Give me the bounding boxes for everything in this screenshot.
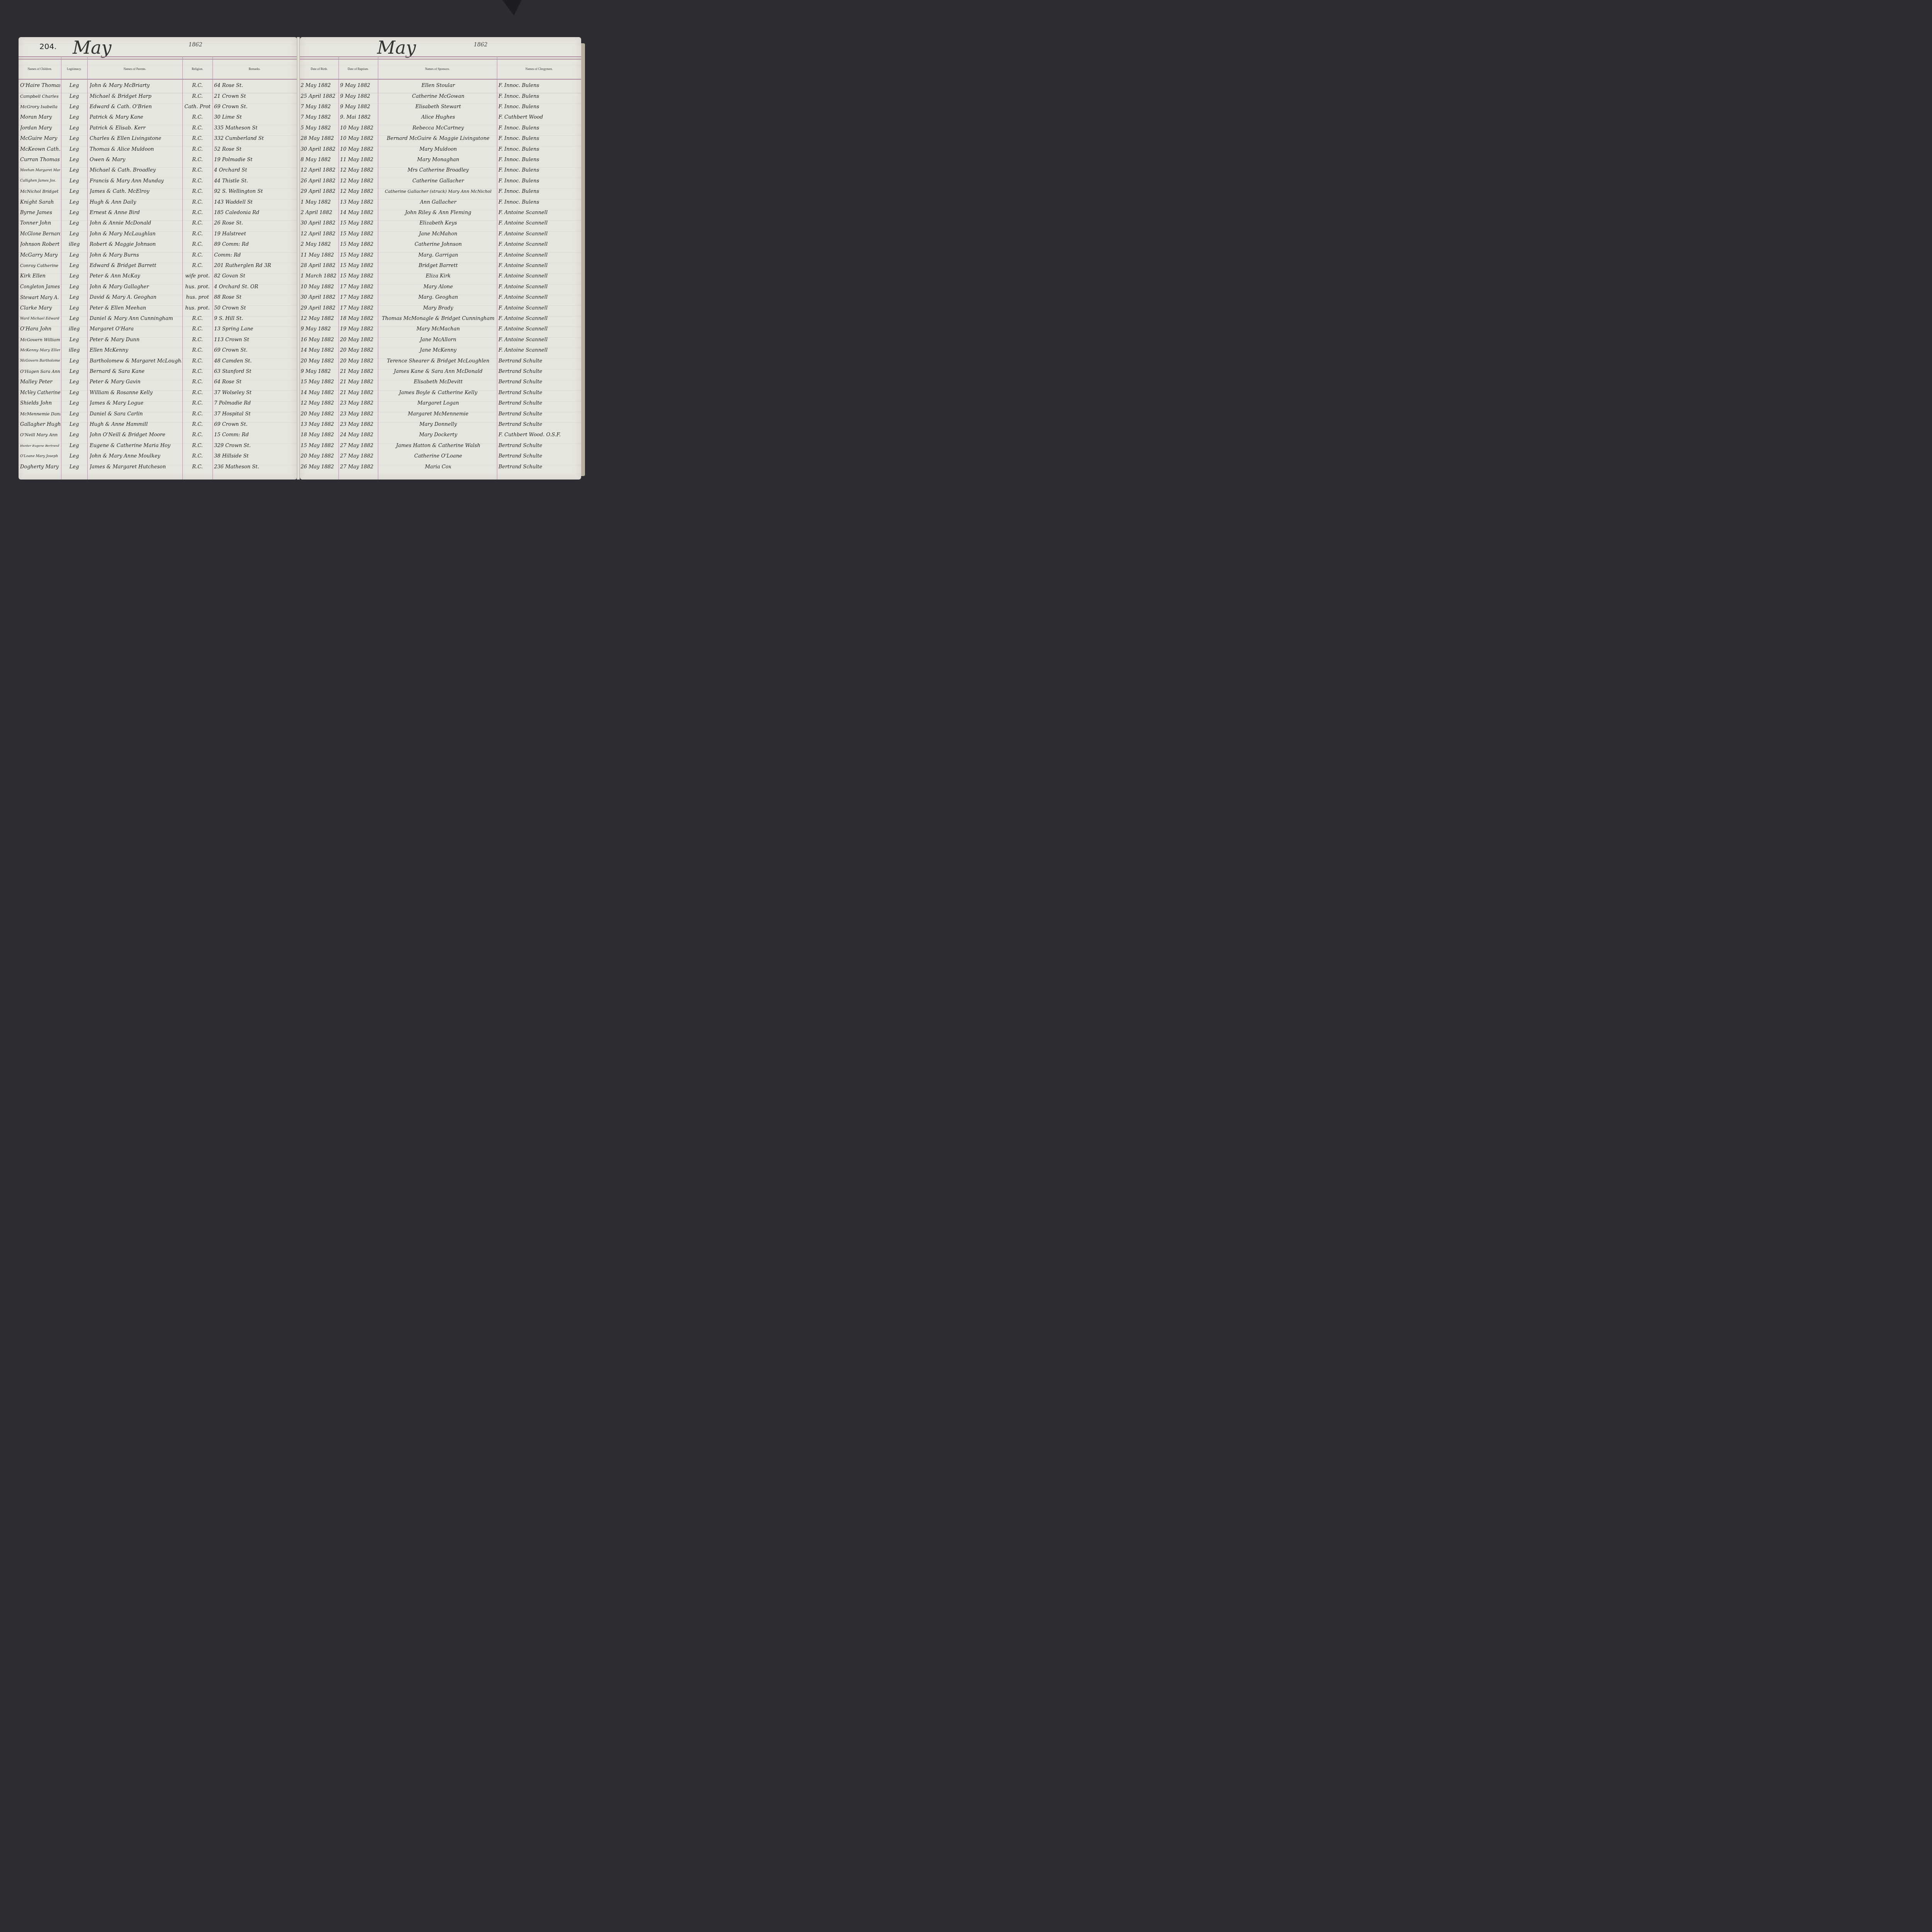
legitimacy: Leg [62, 430, 87, 440]
table-row: 28 April 188215 May 1882Bridget BarrettF… [300, 260, 581, 271]
clergyman-name: F. Innoc. Bulens [498, 123, 580, 134]
table-row: O'Hagen Sara AnnLegBernard & Sara KaneR.… [19, 366, 297, 377]
table-row: 8 May 188211 May 1882Mary MonaghanF. Inn… [300, 155, 581, 165]
table-row: Dogherty MaryLegJames & Margaret Hutches… [19, 461, 297, 472]
sponsors-names: Terence Shearer & Bridget McLoughlen [380, 355, 496, 366]
date-of-baptism: 15 May 1882 [340, 250, 377, 260]
sponsors-names: Bernard McGuire & Maggie Livingstone [380, 133, 496, 144]
date-of-birth: 25 April 1882 [301, 91, 338, 102]
legitimacy: Leg [62, 440, 87, 451]
religion: R.C. [183, 335, 212, 345]
date-of-birth: 12 April 1882 [301, 229, 338, 240]
table-row: Shields JohnLegJames & Mary LogueR.C.7 P… [19, 398, 297, 409]
child-name: McNichol Bridget [20, 186, 60, 197]
sponsors-names: Marg. Garrigan [380, 250, 496, 260]
date-of-birth: 11 May 1882 [301, 250, 338, 260]
date-of-baptism: 10 May 1882 [340, 133, 377, 144]
date-of-baptism: 11 May 1882 [340, 155, 377, 165]
parents-names: Robert & Maggie Johnson [90, 239, 182, 250]
left-year-heading: 1862 [189, 42, 202, 48]
date-of-baptism: 23 May 1882 [340, 398, 377, 409]
legitimacy: Leg [62, 292, 87, 303]
religion: R.C. [183, 451, 212, 462]
child-name: O'Haire Thomas [20, 80, 60, 91]
clergyman-name: F. Innoc. Bulens [498, 186, 580, 197]
remarks: 329 Crown St. [214, 440, 296, 451]
table-row: O'Loane Mary JosephLegJohn & Mary Anne M… [19, 451, 297, 462]
date-of-birth: 14 May 1882 [301, 388, 338, 398]
sponsors-names: John Riley & Ann Fleming [380, 207, 496, 218]
date-of-birth: 29 April 1882 [301, 303, 338, 313]
date-of-birth: 15 May 1882 [301, 377, 338, 388]
religion: R.C. [183, 133, 212, 144]
table-row: 15 May 188227 May 1882James Hatton & Cat… [300, 440, 581, 451]
legitimacy: Leg [62, 419, 87, 430]
date-of-birth: 8 May 1882 [301, 155, 338, 165]
sponsors-names: Mary Donnelly [380, 419, 496, 430]
table-row: 12 May 188223 May 1882Margaret LoganBert… [300, 398, 581, 409]
remarks: 4 Orchard St. OR [214, 282, 296, 293]
date-of-birth: 29 April 1882 [301, 186, 338, 197]
clergyman-name: F. Cuthbert Wood. O.S.F. [498, 430, 580, 440]
table-row: Callighen James Jos.LegFrancis & Mary An… [19, 176, 297, 187]
date-of-baptism: 13 May 1882 [340, 197, 377, 207]
table-row: Johnson RobertillegRobert & Maggie Johns… [19, 239, 297, 250]
religion: R.C. [183, 176, 212, 187]
date-of-baptism: 15 May 1882 [340, 218, 377, 229]
clergyman-name: F. Antoine Scannell [498, 282, 580, 293]
date-of-baptism: 17 May 1882 [340, 303, 377, 313]
table-row: 20 May 188223 May 1882Margaret McMennemi… [300, 408, 581, 419]
parents-names: Thomas & Alice Muldoon [90, 144, 182, 155]
sponsors-names: Rebecca McCartney [380, 123, 496, 134]
date-of-baptism: 27 May 1882 [340, 440, 377, 451]
date-of-birth: 13 May 1882 [301, 419, 338, 430]
religion: Cath. Prot [183, 102, 212, 112]
date-of-baptism: 27 May 1882 [340, 451, 377, 462]
date-of-birth: 12 April 1882 [301, 165, 338, 176]
remarks: 88 Rose St [214, 292, 296, 303]
child-name: McGlone Bernard [20, 229, 60, 240]
header-legitimacy: Legitimacy. [61, 61, 87, 77]
sponsors-names: Elisabeth Stewart [380, 102, 496, 112]
remarks: 335 Matheson St [214, 123, 296, 134]
sponsors-names: Maria Cox [380, 461, 496, 472]
date-of-birth: 9 May 1882 [301, 324, 338, 335]
table-row: Malley PeterLegPeter & Mary GavinR.C.64 … [19, 377, 297, 388]
parents-names: Daniel & Sara Carlin [90, 408, 182, 419]
date-of-birth: 2 May 1882 [301, 239, 338, 250]
child-name: Conroy Catherine [20, 260, 60, 271]
clergyman-name: Bertrand Schulte [498, 366, 580, 377]
table-row: O'Neill Mary AnnLegJohn O'Neill & Bridge… [19, 430, 297, 440]
parents-names: Ellen McKenny [90, 345, 182, 356]
date-of-baptism: 12 May 1882 [340, 186, 377, 197]
table-row: 12 April 188212 May 1882Mrs Catherine Br… [300, 165, 581, 176]
remarks: 82 Govan St [214, 271, 296, 282]
table-row: McVey CatherineLegWilliam & Rosanne Kell… [19, 388, 297, 398]
parents-names: James & Margaret Hutcheson [90, 461, 182, 472]
clergyman-name: Bertrand Schulte [498, 377, 580, 388]
remarks: 69 Crown St. [214, 345, 296, 356]
table-row: 1 May 188213 May 1882Ann GallacherF. Inn… [300, 197, 581, 207]
header-date-of-birth: Date of Birth. [300, 61, 338, 77]
date-of-baptism: 20 May 1882 [340, 335, 377, 345]
legitimacy: Leg [62, 408, 87, 419]
remarks: 37 Hospital St [214, 408, 296, 419]
date-of-birth: 9 May 1882 [301, 366, 338, 377]
table-row: 2 April 188214 May 1882John Riley & Ann … [300, 207, 581, 218]
sponsors-names: Elisabeth McDevitt [380, 377, 496, 388]
date-of-baptism: 9 May 1882 [340, 80, 377, 91]
legitimacy: Leg [62, 451, 87, 462]
sponsors-names: Catherine Johnson [380, 239, 496, 250]
legitimacy: Leg [62, 377, 87, 388]
legitimacy: Leg [62, 176, 87, 187]
date-of-birth: 28 April 1882 [301, 260, 338, 271]
child-name: Callighen James Jos. [20, 176, 60, 187]
religion: R.C. [183, 197, 212, 207]
remarks: 48 Camden St. [214, 355, 296, 366]
table-row: Meehan Margaret MaryLegMichael & Cath. B… [19, 165, 297, 176]
legitimacy: Leg [62, 303, 87, 313]
religion: R.C. [183, 313, 212, 324]
child-name: Johnson Robert [20, 239, 60, 250]
remarks: 63 Stanford St [214, 366, 296, 377]
child-name: McMennemie Daniel [20, 408, 60, 419]
table-row: 25 April 18829 May 1882Catherine McGowan… [300, 91, 581, 102]
date-of-birth: 10 May 1882 [301, 282, 338, 293]
legitimacy: Leg [62, 80, 87, 91]
header-date-of-baptism: Date of Baptism. [338, 61, 378, 77]
header-rule-top [300, 56, 581, 60]
date-of-baptism: 20 May 1882 [340, 345, 377, 356]
date-of-birth: 28 May 1882 [301, 133, 338, 144]
clergyman-name: F. Antoine Scannell [498, 218, 580, 229]
table-row: 30 April 188217 May 1882Marg. GeoghanF. … [300, 292, 581, 303]
religion: R.C. [183, 419, 212, 430]
date-of-birth: 7 May 1882 [301, 112, 338, 123]
page-number: 204. [39, 42, 57, 51]
remarks: Comm: Rd [214, 250, 296, 260]
religion: R.C. [183, 377, 212, 388]
religion: R.C. [183, 461, 212, 472]
table-row: 20 May 188220 May 1882Terence Shearer & … [300, 355, 581, 366]
sponsors-names: Elizabeth Keys [380, 218, 496, 229]
date-of-birth: 26 April 1882 [301, 176, 338, 187]
date-of-baptism: 15 May 1882 [340, 260, 377, 271]
religion: R.C. [183, 123, 212, 134]
sponsors-names: Mary Monaghan [380, 155, 496, 165]
table-row: 15 May 188221 May 1882Elisabeth McDevitt… [300, 377, 581, 388]
child-name: Clarke Mary [20, 303, 60, 313]
clergyman-name: F. Antoine Scannell [498, 324, 580, 335]
date-of-birth: 20 May 1882 [301, 451, 338, 462]
header-rule-bottom [19, 79, 297, 80]
date-of-baptism: 9 May 1882 [340, 91, 377, 102]
legitimacy: Leg [62, 133, 87, 144]
parents-names: John & Mary Anne Moulkey [90, 451, 182, 462]
table-row: Gallagher HughLegHugh & Anne HammillR.C.… [19, 419, 297, 430]
religion: hus. prot [183, 292, 212, 303]
table-row: McGarry MaryLegJohn & Mary BurnsR.C.Comm… [19, 250, 297, 260]
date-of-baptism: 27 May 1882 [340, 461, 377, 472]
religion: wife prot. [183, 271, 212, 282]
remarks: 19 Halstreet [214, 229, 296, 240]
child-name: Stewart Mary A. [20, 292, 60, 303]
table-row: Congleton JamesLegJohn & Mary Gallagherh… [19, 282, 297, 293]
legitimacy: Leg [62, 355, 87, 366]
legitimacy: Leg [62, 91, 87, 102]
table-row: 28 May 188210 May 1882Bernard McGuire & … [300, 133, 581, 144]
sponsors-names: Eliza Kirk [380, 271, 496, 282]
table-row: McGrory IsabellaLegEdward & Cath. O'Brie… [19, 102, 297, 112]
child-name: Jordan Mary [20, 123, 60, 134]
sponsors-names: Mary Muldoon [380, 144, 496, 155]
child-name: Kirk Ellen [20, 271, 60, 282]
sponsors-names: Jane McMahon [380, 229, 496, 240]
date-of-birth: 16 May 1882 [301, 335, 338, 345]
clergyman-name: F. Innoc. Bulens [498, 197, 580, 207]
date-of-baptism: 10 May 1882 [340, 123, 377, 134]
clergyman-name: F. Antoine Scannell [498, 207, 580, 218]
table-row: Ward Michael EdwardLegDaniel & Mary Ann … [19, 313, 297, 324]
table-row: Stewart Mary A.LegDavid & Mary A. Geogha… [19, 292, 297, 303]
table-row: 2 May 18829 May 1882Ellen StoularF. Inno… [300, 80, 581, 91]
parents-names: John & Mary Burns [90, 250, 182, 260]
table-row: 16 May 188220 May 1882Jane McAllornF. An… [300, 335, 581, 345]
legitimacy: Leg [62, 229, 87, 240]
remarks: 64 Rose St. [214, 80, 296, 91]
legitimacy: Leg [62, 207, 87, 218]
date-of-baptism: 23 May 1882 [340, 419, 377, 430]
table-row: McKeown Cath.LegThomas & Alice MuldoonR.… [19, 144, 297, 155]
clergyman-name: F. Innoc. Bulens [498, 133, 580, 144]
legitimacy: Leg [62, 461, 87, 472]
clergyman-name: F. Antoine Scannell [498, 313, 580, 324]
sponsors-names: Marg. Geoghan [380, 292, 496, 303]
legitimacy: Leg [62, 218, 87, 229]
date-of-baptism: 10 May 1882 [340, 144, 377, 155]
sponsors-names: Bridget Barrett [380, 260, 496, 271]
parents-names: David & Mary A. Geoghan [90, 292, 182, 303]
parents-names: Michael & Cath. Broadley [90, 165, 182, 176]
parents-names: Peter & Mary Dunn [90, 335, 182, 345]
religion: R.C. [183, 239, 212, 250]
sponsors-names: Jane McAllorn [380, 335, 496, 345]
child-name: O'Neill Mary Ann [20, 430, 60, 440]
date-of-baptism: 12 May 1882 [340, 176, 377, 187]
child-name: McGuire Mary [20, 133, 60, 144]
table-row: 26 April 188212 May 1882Catherine Gallac… [300, 176, 581, 187]
legitimacy: Leg [62, 186, 87, 197]
legitimacy: Leg [62, 388, 87, 398]
clergyman-name: F. Antoine Scannell [498, 250, 580, 260]
table-row: McMennemie DanielLegDaniel & Sara Carlin… [19, 408, 297, 419]
clergyman-name: Bertrand Schulte [498, 419, 580, 430]
remarks: 64 Rose St [214, 377, 296, 388]
table-row: 1 March 188215 May 1882Eliza KirkF. Anto… [300, 271, 581, 282]
table-row: 9 May 188221 May 1882James Kane & Sara A… [300, 366, 581, 377]
religion: R.C. [183, 430, 212, 440]
remarks: 13 Spring Lane [214, 324, 296, 335]
religion: R.C. [183, 388, 212, 398]
remarks: 113 Crown St [214, 335, 296, 345]
remarks: 44 Thistle St. [214, 176, 296, 187]
clergyman-name: Bertrand Schulte [498, 451, 580, 462]
page-edges [581, 43, 585, 476]
child-name: McGarry Mary [20, 250, 60, 260]
religion: R.C. [183, 324, 212, 335]
date-of-birth: 14 May 1882 [301, 345, 338, 356]
parents-names: Ernest & Anne Bird [90, 207, 182, 218]
date-of-baptism: 9 May 1882 [340, 102, 377, 112]
legitimacy: Leg [62, 144, 87, 155]
clergyman-name: F. Innoc. Bulens [498, 80, 580, 91]
date-of-birth: 2 April 1882 [301, 207, 338, 218]
religion: R.C. [183, 155, 212, 165]
header-rule-bottom [300, 79, 581, 80]
clergyman-name: Bertrand Schulte [498, 461, 580, 472]
parents-names: James & Mary Logue [90, 398, 182, 409]
child-name: O'Hagen Sara Ann [20, 366, 60, 377]
sponsors-names: Margaret McMennemie [380, 408, 496, 419]
date-of-birth: 30 April 1882 [301, 218, 338, 229]
parents-names: John & Mary McLaughlan [90, 229, 182, 240]
child-name: Gallagher Hugh [20, 419, 60, 430]
religion: R.C. [183, 440, 212, 451]
remarks: 4 Orchard St [214, 165, 296, 176]
clergyman-name: Bertrand Schulte [498, 388, 580, 398]
table-row: McGovern BartholomewLegBartholomew & Mar… [19, 355, 297, 366]
table-row: Byrne JamesLegErnest & Anne BirdR.C.185 … [19, 207, 297, 218]
table-row: Jordan MaryLegPatrick & Elisab. KerrR.C.… [19, 123, 297, 134]
child-name: Curran Thomas [20, 155, 60, 165]
remarks: 89 Comm: Rd [214, 239, 296, 250]
clergyman-name: F. Antoine Scannell [498, 292, 580, 303]
table-row: 5 May 188210 May 1882Rebecca McCartneyF.… [300, 123, 581, 134]
parents-names: Francis & Mary Ann Munday [90, 176, 182, 187]
religion: R.C. [183, 80, 212, 91]
sponsors-names: Mary Brady [380, 303, 496, 313]
parents-names: Michael & Bridget Harp [90, 91, 182, 102]
date-of-birth: 5 May 1882 [301, 123, 338, 134]
header-rule-top [19, 56, 297, 60]
left-month-heading: May [73, 37, 112, 58]
clergyman-name: F. Antoine Scannell [498, 260, 580, 271]
child-name: McGovern William [20, 335, 60, 345]
parents-names: Patrick & Mary Kane [90, 112, 182, 123]
parents-names: Patrick & Elisab. Kerr [90, 123, 182, 134]
clergyman-name: Bertrand Schulte [498, 408, 580, 419]
table-row: 26 May 188227 May 1882Maria CoxBertrand … [300, 461, 581, 472]
child-name: O'Hara John [20, 324, 60, 335]
remarks: 30 Lime St [214, 112, 296, 123]
child-name: McKenny Mary Ellen [20, 345, 60, 356]
header-remarks: Remarks. [213, 61, 297, 77]
date-of-birth: 1 May 1882 [301, 197, 338, 207]
date-of-birth: 20 May 1882 [301, 355, 338, 366]
religion: R.C. [183, 112, 212, 123]
table-row: Curran ThomasLegOwen & MaryR.C.19 Polmad… [19, 155, 297, 165]
sponsors-names: Mary Dockerty [380, 430, 496, 440]
clergyman-name: F. Antoine Scannell [498, 303, 580, 313]
clergyman-name: F. Antoine Scannell [498, 271, 580, 282]
date-of-birth: 15 May 1882 [301, 440, 338, 451]
remarks: 15 Comm: Rd [214, 430, 296, 440]
sponsors-names: James Hatton & Catherine Walsh [380, 440, 496, 451]
remarks: 26 Rose St. [214, 218, 296, 229]
parents-names: Charles & Ellen Livingstone [90, 133, 182, 144]
table-row: 18 May 188224 May 1882Mary DockertyF. Cu… [300, 430, 581, 440]
clergyman-name: Bertrand Schulte [498, 398, 580, 409]
clergyman-name: F. Cuthbert Wood [498, 112, 580, 123]
remarks: 69 Crown St. [214, 419, 296, 430]
remarks: 92 S. Wellington St [214, 186, 296, 197]
table-row: 9 May 188219 May 1882Mary McMachanF. Ant… [300, 324, 581, 335]
religion: R.C. [183, 229, 212, 240]
religion: R.C. [183, 260, 212, 271]
legitimacy: Leg [62, 123, 87, 134]
register-spread: 204. May 1862 Names of Children. Legitim… [19, 37, 583, 480]
religion: R.C. [183, 398, 212, 409]
date-of-baptism: 12 May 1882 [340, 165, 377, 176]
parents-names: John & Annie McDonald [90, 218, 182, 229]
table-row: 12 April 188215 May 1882Jane McMahonF. A… [300, 229, 581, 240]
clergyman-name: F. Innoc. Bulens [498, 155, 580, 165]
date-of-birth: 12 May 1882 [301, 313, 338, 324]
date-of-baptism: 21 May 1882 [340, 388, 377, 398]
remarks: 185 Caledonia Rd [214, 207, 296, 218]
child-name: McKeown Cath. [20, 144, 60, 155]
parents-names: Daniel & Mary Ann Cunningham [90, 313, 182, 324]
table-row: 7 May 18829 May 1882Elisabeth StewartF. … [300, 102, 581, 112]
table-row: 14 May 188221 May 1882James Boyle & Cath… [300, 388, 581, 398]
sponsors-names: Ann Gallacher [380, 197, 496, 207]
legitimacy: Leg [62, 155, 87, 165]
legitimacy: Leg [62, 313, 87, 324]
child-name: Ward Michael Edward [20, 313, 60, 324]
remarks: 50 Crown St [214, 303, 296, 313]
parents-names: Eugene & Catherine Maria Hoy [90, 440, 182, 451]
table-row: Conroy CatherineLegEdward & Bridget Barr… [19, 260, 297, 271]
parents-names: Peter & Ellen Meehan [90, 303, 182, 313]
sponsors-names: James Kane & Sara Ann McDonald [380, 366, 496, 377]
sponsors-names: Catherine Gallacher (struck) Mary Ann Mc… [380, 186, 496, 197]
date-of-birth: 26 May 1882 [301, 461, 338, 472]
clergyman-name: F. Innoc. Bulens [498, 91, 580, 102]
child-name: Congleton James [20, 282, 60, 293]
date-of-birth: 30 April 1882 [301, 292, 338, 303]
child-name: Shields John [20, 398, 60, 409]
clergyman-name: F. Antoine Scannell [498, 229, 580, 240]
table-row: 2 May 188215 May 1882Catherine JohnsonF.… [300, 239, 581, 250]
legitimacy: Leg [62, 271, 87, 282]
parents-names: James & Cath. McElroy [90, 186, 182, 197]
date-of-baptism: 9. Mai 1882 [340, 112, 377, 123]
header-names-of-sponsors: Names of Sponsors. [378, 61, 497, 77]
sponsors-names: Thomas McMonagle & Bridget Cunningham [380, 313, 496, 324]
legitimacy: Leg [62, 335, 87, 345]
table-row: 12 May 188218 May 1882Thomas McMonagle &… [300, 313, 581, 324]
date-of-birth: 7 May 1882 [301, 102, 338, 112]
date-of-baptism: 23 May 1882 [340, 408, 377, 419]
child-name: McVey Catherine [20, 388, 60, 398]
table-row: Campbell CharlesLegMichael & Bridget Har… [19, 91, 297, 102]
remarks: 9 S. Hill St. [214, 313, 296, 324]
child-name: Tonner John [20, 218, 60, 229]
right-page: May 1862 Date of Birth. Date of Baptism.… [300, 37, 581, 480]
